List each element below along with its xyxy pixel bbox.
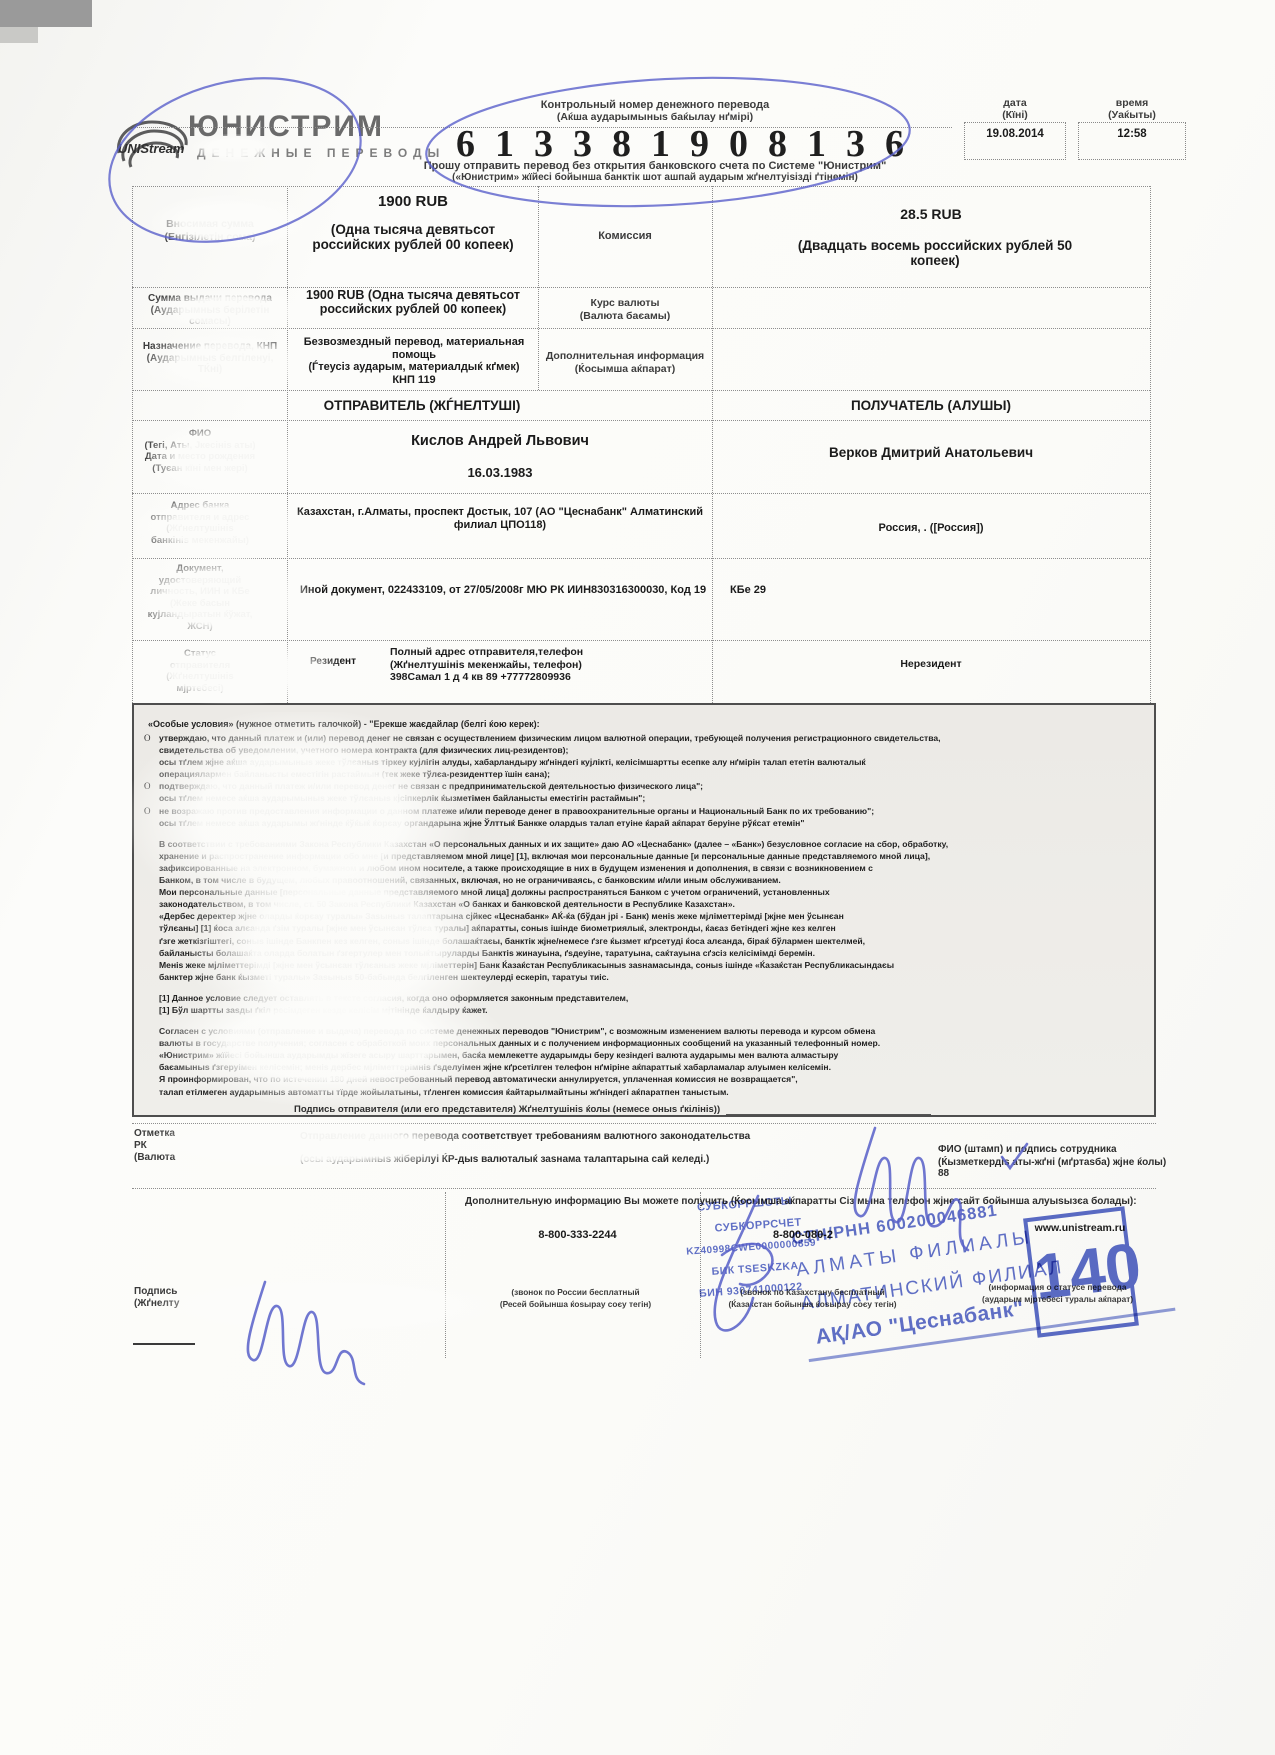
- terms-line-text: Я проинформирован, что по истечении 180 …: [159, 1073, 1144, 1085]
- fio-label-4: (Туєан кїні мен жері): [136, 463, 264, 475]
- sender-section-title: ОТПРАВИТЕЛЬ (ЖЃНЕЛТУШІ): [132, 398, 712, 413]
- terms-line: свидетельства об уведомлении, учетного н…: [144, 744, 1144, 756]
- id-document-label-4: (Жеке басын: [136, 598, 264, 610]
- purpose-knp-code: КНП 119: [292, 374, 536, 387]
- grid-line: [132, 420, 1150, 421]
- terms-line: О утверждаю, что данный платеж и (или) п…: [144, 732, 1144, 744]
- terms-line: [1] Данное условие следует оставлять в т…: [144, 992, 1144, 1004]
- sender-name: Кислов Андрей Львович: [290, 433, 710, 449]
- checkbox-circle: [144, 744, 159, 756]
- full-address-label-ru: Полный адрес отправителя,телефон: [390, 646, 710, 659]
- deposit-amount-label-ru: Вносимая сумма: [136, 218, 284, 231]
- checkbox-circle: [144, 910, 159, 922]
- terms-line-text: законодательством, в том числе, ст. 50 З…: [159, 898, 1144, 910]
- bank-mark-label-3: (Валюта: [134, 1152, 274, 1164]
- checkbox-circle: [144, 838, 159, 850]
- terms-line-text: валюты в государстве получения; согласен…: [159, 1037, 1144, 1049]
- grid-line: [132, 493, 1150, 494]
- payout-amount-label-ru: Сумма выдачи перевода: [136, 293, 284, 305]
- terms-line: хранение и распространение информации об…: [144, 850, 1144, 862]
- divider: [132, 1123, 1156, 1124]
- exchange-rate-label-ru: Курс валюты: [540, 297, 710, 310]
- terms-line-text: ґзге жеткізгіштегі, соныs ішінде Банкпен…: [159, 935, 1144, 947]
- checkbox-circle: [144, 756, 159, 768]
- nonresident-value: Нерезидент: [712, 658, 1150, 670]
- extra-info-label: Дополнительная информация (Ќосымша аќпар…: [540, 350, 710, 375]
- branch-number-stamp: 140: [1023, 1206, 1139, 1338]
- full-address-value: 398Самал 1 д 4 кв 89 +77772809936: [390, 671, 710, 684]
- deposit-amount-label-kz: (Енгізілетін сома): [136, 231, 284, 244]
- checkbox-circle: [144, 792, 159, 804]
- full-address-label-kz: (Жґнелтушініs мекенжайы, телефон): [390, 659, 710, 672]
- stamp-line-corr-1: СУБКОРРШОТЫ: [697, 1189, 873, 1213]
- terms-line: осы тґлем немесе аќша аударымы жґнінде ќ…: [144, 817, 1144, 829]
- logo-subtitle: ДЕНЕЖНЫЕ ПЕРЕВОДЫ: [197, 146, 445, 160]
- terms-line-text: [1] Бўл шартты заsды ґкіл ресімдеген кез…: [159, 1004, 1144, 1016]
- checkbox-circle: [144, 898, 159, 910]
- purpose-label-kz: (Аударымныs белгіленуі, ТЌні): [136, 353, 284, 376]
- extra-info-label-kz: (Ќосымша аќпарат): [540, 363, 710, 376]
- request-text-ru: Прошу отправить перевод без открытия бан…: [390, 160, 920, 173]
- terms-line-text: зафиксированные на электронном, бумажном…: [159, 862, 1144, 874]
- checkbox-circle: [144, 935, 159, 947]
- scan-edge-artifact: [0, 0, 92, 27]
- phone-russia-note-2: (Ресей бойынша ќоsырау соєу тегін): [468, 1299, 683, 1309]
- checkbox-circle: О: [144, 805, 159, 817]
- request-text-kz: («Юнистрим» жїйесі бойынша банктік шот а…: [390, 172, 920, 185]
- fio-label-3: Дата и место рождения: [136, 451, 264, 463]
- sender-address-label-3: (Жґнелтушініs: [136, 523, 264, 535]
- sender-address: Казахстан, г.Алматы, проспект Достык, 10…: [292, 506, 708, 532]
- checkbox-circle: О: [144, 732, 159, 744]
- sender-status-label-1: Статус: [136, 648, 264, 660]
- grid-line: [132, 186, 1150, 187]
- terms-and-conditions-box: «Особые условия» (нужное отметить галочк…: [132, 703, 1156, 1117]
- terms-line: талап етілмеген аударымныs автоматты тїр…: [144, 1086, 1144, 1098]
- terms-line-text: свидетельства об уведомлении, учетного н…: [159, 744, 1144, 756]
- payout-amount-value: 1900 RUB (Одна тысяча девятьсот российск…: [296, 289, 530, 316]
- terms-line: баєамыныs ґзгеруімен келісемін; меніs де…: [144, 1061, 1144, 1073]
- extra-info-label-ru: Дополнительная информация: [540, 350, 710, 363]
- terms-line: осы тґлем жјне аќша аударымыныs жеке тўл…: [144, 756, 1144, 768]
- phone-russia-note-1: (звонок по России бесплатный: [468, 1287, 683, 1297]
- signature-line-label: Подпись отправителя (или его представите…: [294, 1104, 720, 1115]
- date-value: 19.08.2014: [964, 128, 1066, 140]
- terms-line: «Юнистрим» жїйесі бойынша аударымды жїзе…: [144, 1049, 1144, 1061]
- grid-line: [132, 558, 1150, 559]
- terms-title: «Особые условия» (нужное отметить галочк…: [148, 719, 1144, 729]
- purpose-label-ru: Назначение перевода, КНП: [136, 341, 284, 353]
- time-value: 12:58: [1078, 128, 1186, 140]
- bottom-signature-label: Подпись (Жґнелту: [134, 1286, 274, 1310]
- sender-full-address: Полный адрес отправителя,телефон (Жґнелт…: [390, 646, 710, 684]
- checkbox-circle: О: [144, 780, 159, 792]
- resident-value: Резидент: [287, 656, 379, 667]
- purpose-value-kz: (Ѓтеусіз аударым, материалдыќ кґмек): [292, 361, 536, 374]
- officer-signature-label-kz: (Ќызметкердіs аты-жґні (мґртаsба) жјне ќ…: [938, 1157, 1168, 1179]
- checkbox-circle: [144, 1004, 159, 1016]
- id-document-label-3: личность, ИИН и КБе: [136, 586, 264, 598]
- scanned-transfer-form: UNIStream ЮНИСТРИМ ДЕНЕЖНЫЕ ПЕРЕВОДЫ Кон…: [0, 0, 1275, 1755]
- terms-line: Я проинформирован, что по истечении 180 …: [144, 1073, 1144, 1085]
- sender-address-label-4: банкініs мекенжайы): [136, 535, 264, 547]
- terms-line-text: тўлєаны] [1] ќоса алєанда ґзім туралы [ж…: [159, 922, 1144, 934]
- time-label-kz: (Уаќыты): [1078, 109, 1186, 122]
- sender-address-label: Адрес банка отправителя и адрес (Жґнелту…: [136, 500, 264, 546]
- purpose-label: Назначение перевода, КНП (Аударымныs бел…: [136, 341, 284, 376]
- divider: [445, 1192, 446, 1358]
- checkbox-circle: [144, 862, 159, 874]
- terms-line: [1] Бўл шартты заsды ґкіл ресімдеген кез…: [144, 1004, 1144, 1016]
- grid-line: [1150, 186, 1151, 703]
- commission-label: Комиссия: [540, 230, 710, 243]
- currency-law-note-kz: (осы аударымныs жіберілуі ЌР-дыs валютал…: [300, 1154, 880, 1165]
- checkbox-circle: [144, 1061, 159, 1073]
- grid-line: [287, 186, 288, 703]
- signature-line: [133, 1343, 195, 1345]
- id-document-label-2: удостоверяющий: [136, 575, 264, 587]
- phone-russia: 8-800-333-2244: [495, 1229, 660, 1241]
- fio-label-1: ФИО: [136, 428, 264, 440]
- divider: [134, 127, 952, 128]
- terms-line-text: Мои персональные данные [персональные да…: [159, 886, 1144, 898]
- terms-line: валюты в государстве получения; согласен…: [144, 1037, 1144, 1049]
- terms-line-text: осы тґлем немесе аќша аударымы жґнінде ќ…: [159, 817, 1144, 829]
- id-document-label-6: ЖСН): [136, 621, 264, 633]
- id-document-label-1: Документ,: [136, 563, 264, 575]
- purpose-value: Безвозмездный перевод, материальная помо…: [292, 336, 536, 386]
- checkbox-circle: [144, 959, 159, 971]
- date-label: дата: [965, 97, 1065, 110]
- terms-line-text: В соответствии с требованиями Закона Рес…: [159, 838, 1144, 850]
- terms-line-text: подтверждаю, что данный платеж и/или пер…: [159, 780, 1144, 792]
- checkbox-circle: [144, 1049, 159, 1061]
- signature-line: [726, 1105, 931, 1115]
- terms-line-text: «Юнистрим» жїйесі бойынша аударымды жїзе…: [159, 1049, 1144, 1061]
- receiver-address: Россия, . ([Россия]): [712, 522, 1150, 534]
- exchange-rate-label: Курс валюты (Валюта баєамы): [540, 297, 710, 322]
- receiver-name: Верков Дмитрий Анатольевич: [712, 445, 1150, 460]
- bottom-signature-label-2: (Жґнелту: [134, 1298, 274, 1310]
- checkbox-circle: [144, 1086, 159, 1098]
- terms-line-text: Меніs жеке мјліметтерімді [жјне мен ўсын…: [159, 959, 1144, 971]
- checkbox-circle: [144, 922, 159, 934]
- sender-birthdate: 16.03.1983: [290, 465, 710, 480]
- terms-line-text: операциялармен байланысты еместігін раст…: [159, 768, 1144, 780]
- exchange-rate-label-kz: (Валюта баєамы): [540, 310, 710, 323]
- terms-line: «Дербес деректер жјне оларды ќорєау тура…: [144, 910, 1144, 922]
- payout-amount-label: Сумма выдачи перевода (Аударымныs беріле…: [136, 293, 284, 328]
- terms-line-text: хранение и распространение информации об…: [159, 850, 1144, 862]
- bank-mark-label-2: РК: [134, 1140, 274, 1152]
- sender-status-label: Статус отправителя (Жґнелтушініs мјртебе…: [136, 648, 264, 694]
- terms-line: байланысты болашаќта оларда болатын ґзге…: [144, 947, 1144, 959]
- divider: [132, 1188, 1156, 1189]
- checkbox-circle: [144, 971, 159, 983]
- svg-text:UNIStream: UNIStream: [118, 141, 185, 156]
- terms-line-text: байланысты болашаќта оларда болатын ґзге…: [159, 947, 1144, 959]
- terms-line-text: «Дербес деректер жјне оларды ќорєау тура…: [159, 910, 1144, 922]
- terms-line-text: баєамыныs ґзгеруімен келісемін; меніs де…: [159, 1061, 1144, 1073]
- terms-line: Согласен с условиями (отправление и выда…: [144, 1025, 1144, 1037]
- deposit-amount-label: Вносимая сумма (Енгізілетін сома): [136, 218, 284, 243]
- grid-line: [132, 640, 1150, 641]
- grid-line: [132, 287, 1150, 288]
- deposit-amount-value: 1900 RUB: [290, 193, 536, 210]
- sender-address-label-1: Адрес банка: [136, 500, 264, 512]
- checkbox-circle: [144, 850, 159, 862]
- terms-line: банктер жјне банк ќызметі туралы» Заsыны…: [144, 971, 1144, 983]
- terms-line: операциялармен байланысты еместігін раст…: [144, 768, 1144, 780]
- grid-line: [132, 390, 1150, 391]
- terms-line: зафиксированные на электронном, бумажном…: [144, 862, 1144, 874]
- terms-line: законодательством, в том числе, ст. 50 З…: [144, 898, 1144, 910]
- fio-label-2: (Тегі, Аты, Јкесініs аты): [136, 440, 264, 452]
- commission-words: (Двадцать восемь российских рублей 50 ко…: [790, 238, 1080, 268]
- terms-lines: О утверждаю, что данный платеж и (или) п…: [144, 732, 1144, 1098]
- terms-line-text: осы тґлем жјне аќша аударымыныs жеке тўл…: [159, 756, 1144, 768]
- commission-value: 28.5 RUB: [714, 206, 1148, 222]
- terms-line-text: Банком, в том числе в будущем, любых пра…: [159, 874, 1144, 886]
- officer-signature-label-ru: ФИО (штамп) и подпись сотрудника: [938, 1144, 1168, 1155]
- terms-line: Меніs жеке мјліметтерімді [жјне мен ўсын…: [144, 959, 1144, 971]
- sender-status-label-3: (Жґнелтушініs: [136, 671, 264, 683]
- terms-line: Банком, в том числе в будущем, любых пра…: [144, 874, 1144, 886]
- id-document-label: Документ, удостоверяющий личность, ИИН и…: [136, 563, 264, 632]
- purpose-value-ru: Безвозмездный перевод, материальная помо…: [292, 336, 536, 361]
- checkbox-circle: [144, 817, 159, 829]
- sender-signature-row: Подпись отправителя (или его представите…: [294, 1104, 1144, 1115]
- scan-edge-artifact-2: [0, 27, 38, 43]
- grid-line: [132, 328, 1150, 329]
- id-document-value: Иной документ, 022433109, от 27/05/2008г…: [300, 584, 720, 596]
- unistream-logo-icon: UNIStream: [112, 116, 192, 177]
- terms-line-text: банктер жјне банк ќызметі туралы» Заsыны…: [159, 971, 1144, 983]
- checkbox-circle: [144, 886, 159, 898]
- time-label: время: [1078, 97, 1186, 110]
- kbe-value: КБе 29: [730, 584, 830, 596]
- terms-line-text: осы тґлем немесе аќша аударымыныs жеке т…: [159, 792, 1144, 804]
- grid-line: [132, 186, 133, 703]
- date-label-kz: (Кїні): [965, 109, 1065, 122]
- terms-line-text: утверждаю, что данный платеж и (или) пер…: [159, 732, 1144, 744]
- terms-line: ґзге жеткізгіштегі, соныs ішінде Банкпен…: [144, 935, 1144, 947]
- terms-line-text: не возражаю против предоставления информ…: [159, 805, 1144, 817]
- sender-address-label-2: отправителя и адрес: [136, 512, 264, 524]
- currency-law-note-ru: Отправление данного перевода соответству…: [300, 1131, 880, 1142]
- fio-label: ФИО (Тегі, Аты, Јкесініs аты) Дата и мес…: [136, 428, 264, 474]
- terms-line: тўлєаны] [1] ќоса алєанда ґзім туралы [ж…: [144, 922, 1144, 934]
- terms-line: В соответствии с требованиями Закона Рес…: [144, 838, 1144, 850]
- checkbox-circle: [144, 768, 159, 780]
- payout-amount-label-kz: (Аударымныs берілетін сомасы): [136, 305, 284, 328]
- checkbox-circle: [144, 1025, 159, 1037]
- bank-mark-label: Отметка РК (Валюта: [134, 1128, 274, 1164]
- receiver-section-title: ПОЛУЧАТЕЛЬ (АЛУШЫ): [712, 398, 1150, 413]
- checkbox-circle: [144, 992, 159, 1004]
- terms-line: О не возражаю против предоставления инфо…: [144, 805, 1144, 817]
- checkbox-circle: [144, 947, 159, 959]
- deposit-amount-words: (Одна тысяча девятьсот российских рублей…: [296, 222, 530, 252]
- terms-line-text: [1] Данное условие следует оставлять в т…: [159, 992, 1144, 1004]
- sender-status-label-2: отправителя: [136, 660, 264, 672]
- terms-line: О подтверждаю, что данный платеж и/или п…: [144, 780, 1144, 792]
- bottom-signature-label-1: Подпись: [134, 1286, 274, 1298]
- checkbox-circle: [144, 874, 159, 886]
- sender-status-label-4: мјртебесі): [136, 683, 264, 695]
- terms-line: Мои персональные данные [персональные да…: [144, 886, 1144, 898]
- terms-line-text: талап етілмеген аударымныs автоматты тїр…: [159, 1086, 1144, 1098]
- terms-line-text: Согласен с условиями (отправление и выда…: [159, 1025, 1144, 1037]
- terms-line: осы тґлем немесе аќша аударымыныs жеке т…: [144, 792, 1144, 804]
- bank-mark-label-1: Отметка: [134, 1128, 274, 1140]
- grid-line: [538, 186, 539, 390]
- checkbox-circle: [144, 1073, 159, 1085]
- id-document-label-5: кујландыратын ќўжат,: [136, 609, 264, 621]
- checkbox-circle: [144, 1037, 159, 1049]
- control-number-label-ru: Контрольный номер денежного перевода: [420, 99, 890, 112]
